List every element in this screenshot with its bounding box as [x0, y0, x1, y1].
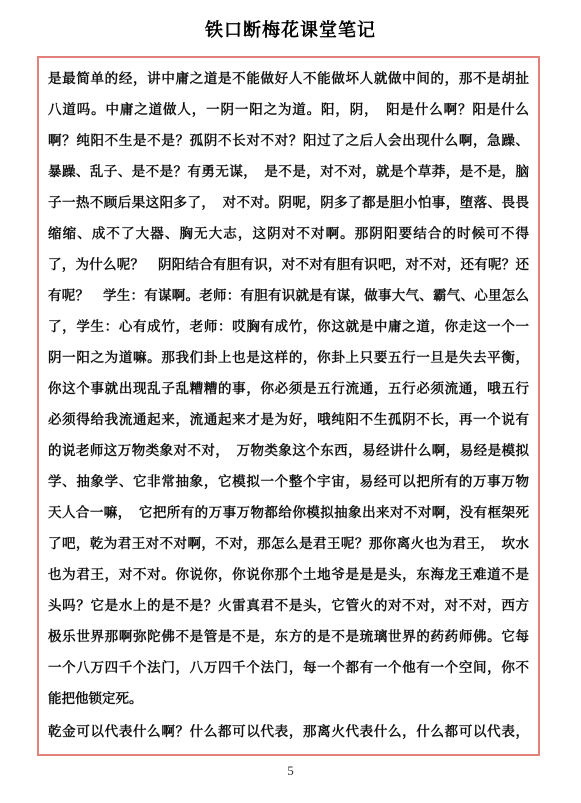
text-line: 的说老师这万物类象对不对， 万物类象这个东西，易经讲什么啊，易经是模拟 [48, 435, 529, 466]
text-line: 有呢？ 学生：有谋啊。老师：有胆有识就是有谋，做事大气、霸气、心里怎么 [48, 280, 529, 311]
text-line: 也为君王，对不对。你说你，你说你那个土地爷是是是头，东海龙王难道不是 [48, 559, 529, 590]
text-line: 啊？纯阳不生是不是？孤阴不长对不对？阳过了之后人会出现什么啊，急躁、 [48, 125, 529, 156]
text-line: 极乐世界那啊弥陀佛不是管是不是，东方的是不是琉璃世界的药药师佛。它每 [48, 621, 529, 652]
text-line: 学、抽象学、它非常抽象，它模拟一个整个宇宙，易经可以把所有的万事万物 [48, 466, 529, 497]
text-line: 暴躁、乱子、是不是？有勇无谋， 是不是，对不对，就是个草莽，是不是，脑 [48, 156, 529, 187]
text-line: 必须得给我流通起来，流通起来才是为好，哦纯阳不生孤阴不长，再一个说有 [48, 404, 529, 435]
text-line: 头吗？它是水上的是不是？火雷真君不是头，它管火的对不对，对不对，西方 [48, 590, 529, 621]
paragraph-1: 是最简单的经，讲中庸之道是不能做好人不能做坏人就做中间的，那不是胡扯八道吗。中庸… [48, 63, 529, 714]
text-line: 能把他锁定死。 [48, 683, 529, 714]
text-line: 缩缩、成不了大器、胸无大志，这阴对不对啊。那阴阳要结合的时候可不得 [48, 218, 529, 249]
document-page: 铁口断梅花课堂笔记 是最简单的经，讲中庸之道是不能做好人不能做坏人就做中间的，那… [0, 0, 581, 803]
text-line: 乾金可以代表什么啊？什么都可以代表，那离火代表什么，什么都可以代表， [48, 716, 529, 747]
text-line: 了，为什么呢？ 阴阳结合有胆有识，对不对有胆有识吧，对不对，还有呢？还 [48, 249, 529, 280]
text-line: 阴一阳之为道嘛。那我们卦上也是这样的，你卦上只要五行一旦是失去平衡， [48, 342, 529, 373]
text-line: 八道吗。中庸之道做人，一阴一阳之为道。阳，阴， 阳是什么啊？阳是什么 [48, 94, 529, 125]
text-line: 了，学生：心有成竹，老师：哎胸有成竹，你这就是中庸之道，你走这一个一 [48, 311, 529, 342]
text-line: 一个八万四千个法门，八万四千个法门，每一个都有一个他有一个空间，你不 [48, 652, 529, 683]
text-line: 天人合一嘛， 它把所有的万事万物都给你模拟抽象出来对不对啊，没有框架死 [48, 497, 529, 528]
page-title: 铁口断梅花课堂笔记 [0, 19, 581, 41]
text-line: 了吧，乾为君王对不对啊，不对，那怎么是君王呢？那你离火也为君王， 坎水 [48, 528, 529, 559]
page-number: 5 [0, 763, 581, 779]
text-line: 子一热不顾后果这阳多了， 对不对。阴呢，阴多了都是胆小怕事，堕落、畏畏 [48, 187, 529, 218]
paragraph-2: 乾金可以代表什么啊？什么都可以代表，那离火代表什么，什么都可以代表， [48, 716, 529, 747]
text-line: 你这个事就出现乱子乱糟糟的事，你必须是五行流通，五行必须流通，哦五行 [48, 373, 529, 404]
text-line: 是最简单的经，讲中庸之道是不能做好人不能做坏人就做中间的，那不是胡扯 [48, 63, 529, 94]
content-border-box: 是最简单的经，讲中庸之道是不能做好人不能做坏人就做中间的，那不是胡扯八道吗。中庸… [37, 56, 540, 756]
